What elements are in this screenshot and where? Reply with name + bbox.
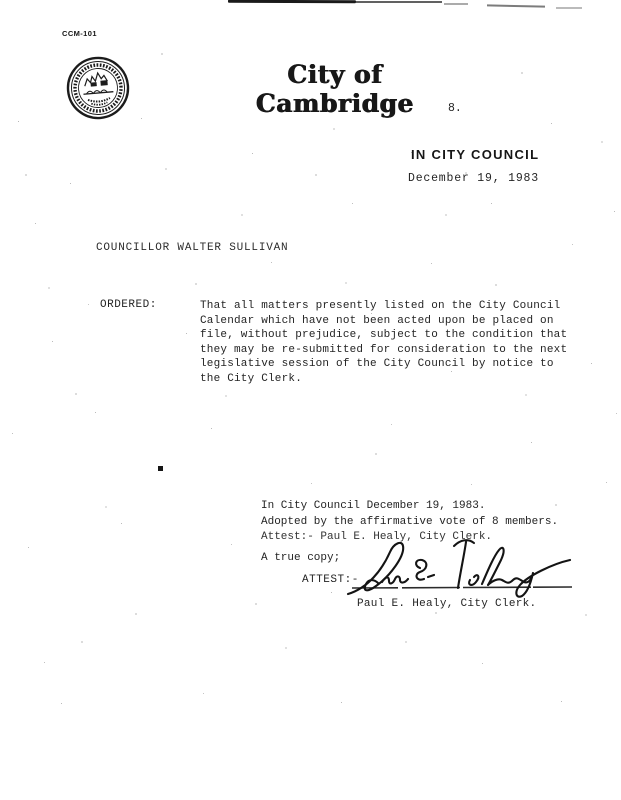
- clerk-typed-name: Paul E. Healy, City Clerk.: [357, 598, 536, 610]
- item-number: 8.: [448, 102, 462, 115]
- clerk-signature: [342, 536, 580, 598]
- in-city-council-heading: IN CITY COUNCIL: [411, 147, 539, 162]
- scan-artifact: [444, 3, 468, 5]
- ordered-label: ORDERED:: [100, 299, 157, 311]
- scanned-document-page: CCM-101 City of Cambridge 8. IN CITY COU…: [0, 0, 621, 800]
- adoption-line-1: In City Council December 19, 1983.: [261, 500, 485, 512]
- adoption-line-2: Adopted by the affirmative vote of 8 mem…: [261, 516, 558, 528]
- city-of-cambridge-seal-icon: [65, 55, 131, 121]
- letterhead-title: City of Cambridge: [222, 60, 448, 118]
- scan-artifact: [356, 1, 442, 3]
- scan-artifact: [487, 4, 545, 7]
- scan-artifact: [228, 0, 356, 3]
- sponsor-name: COUNCILLOR WALTER SULLIVAN: [96, 242, 288, 254]
- ink-speck: [158, 466, 163, 471]
- council-date: December 19, 1983: [408, 172, 539, 185]
- order-body-text: That all matters presently listed on the…: [200, 299, 572, 387]
- scan-artifact: [556, 7, 582, 9]
- true-copy-label: A true copy;: [261, 552, 340, 564]
- paper-speckles: [0, 0, 2, 2]
- form-number: CCM-101: [62, 29, 97, 38]
